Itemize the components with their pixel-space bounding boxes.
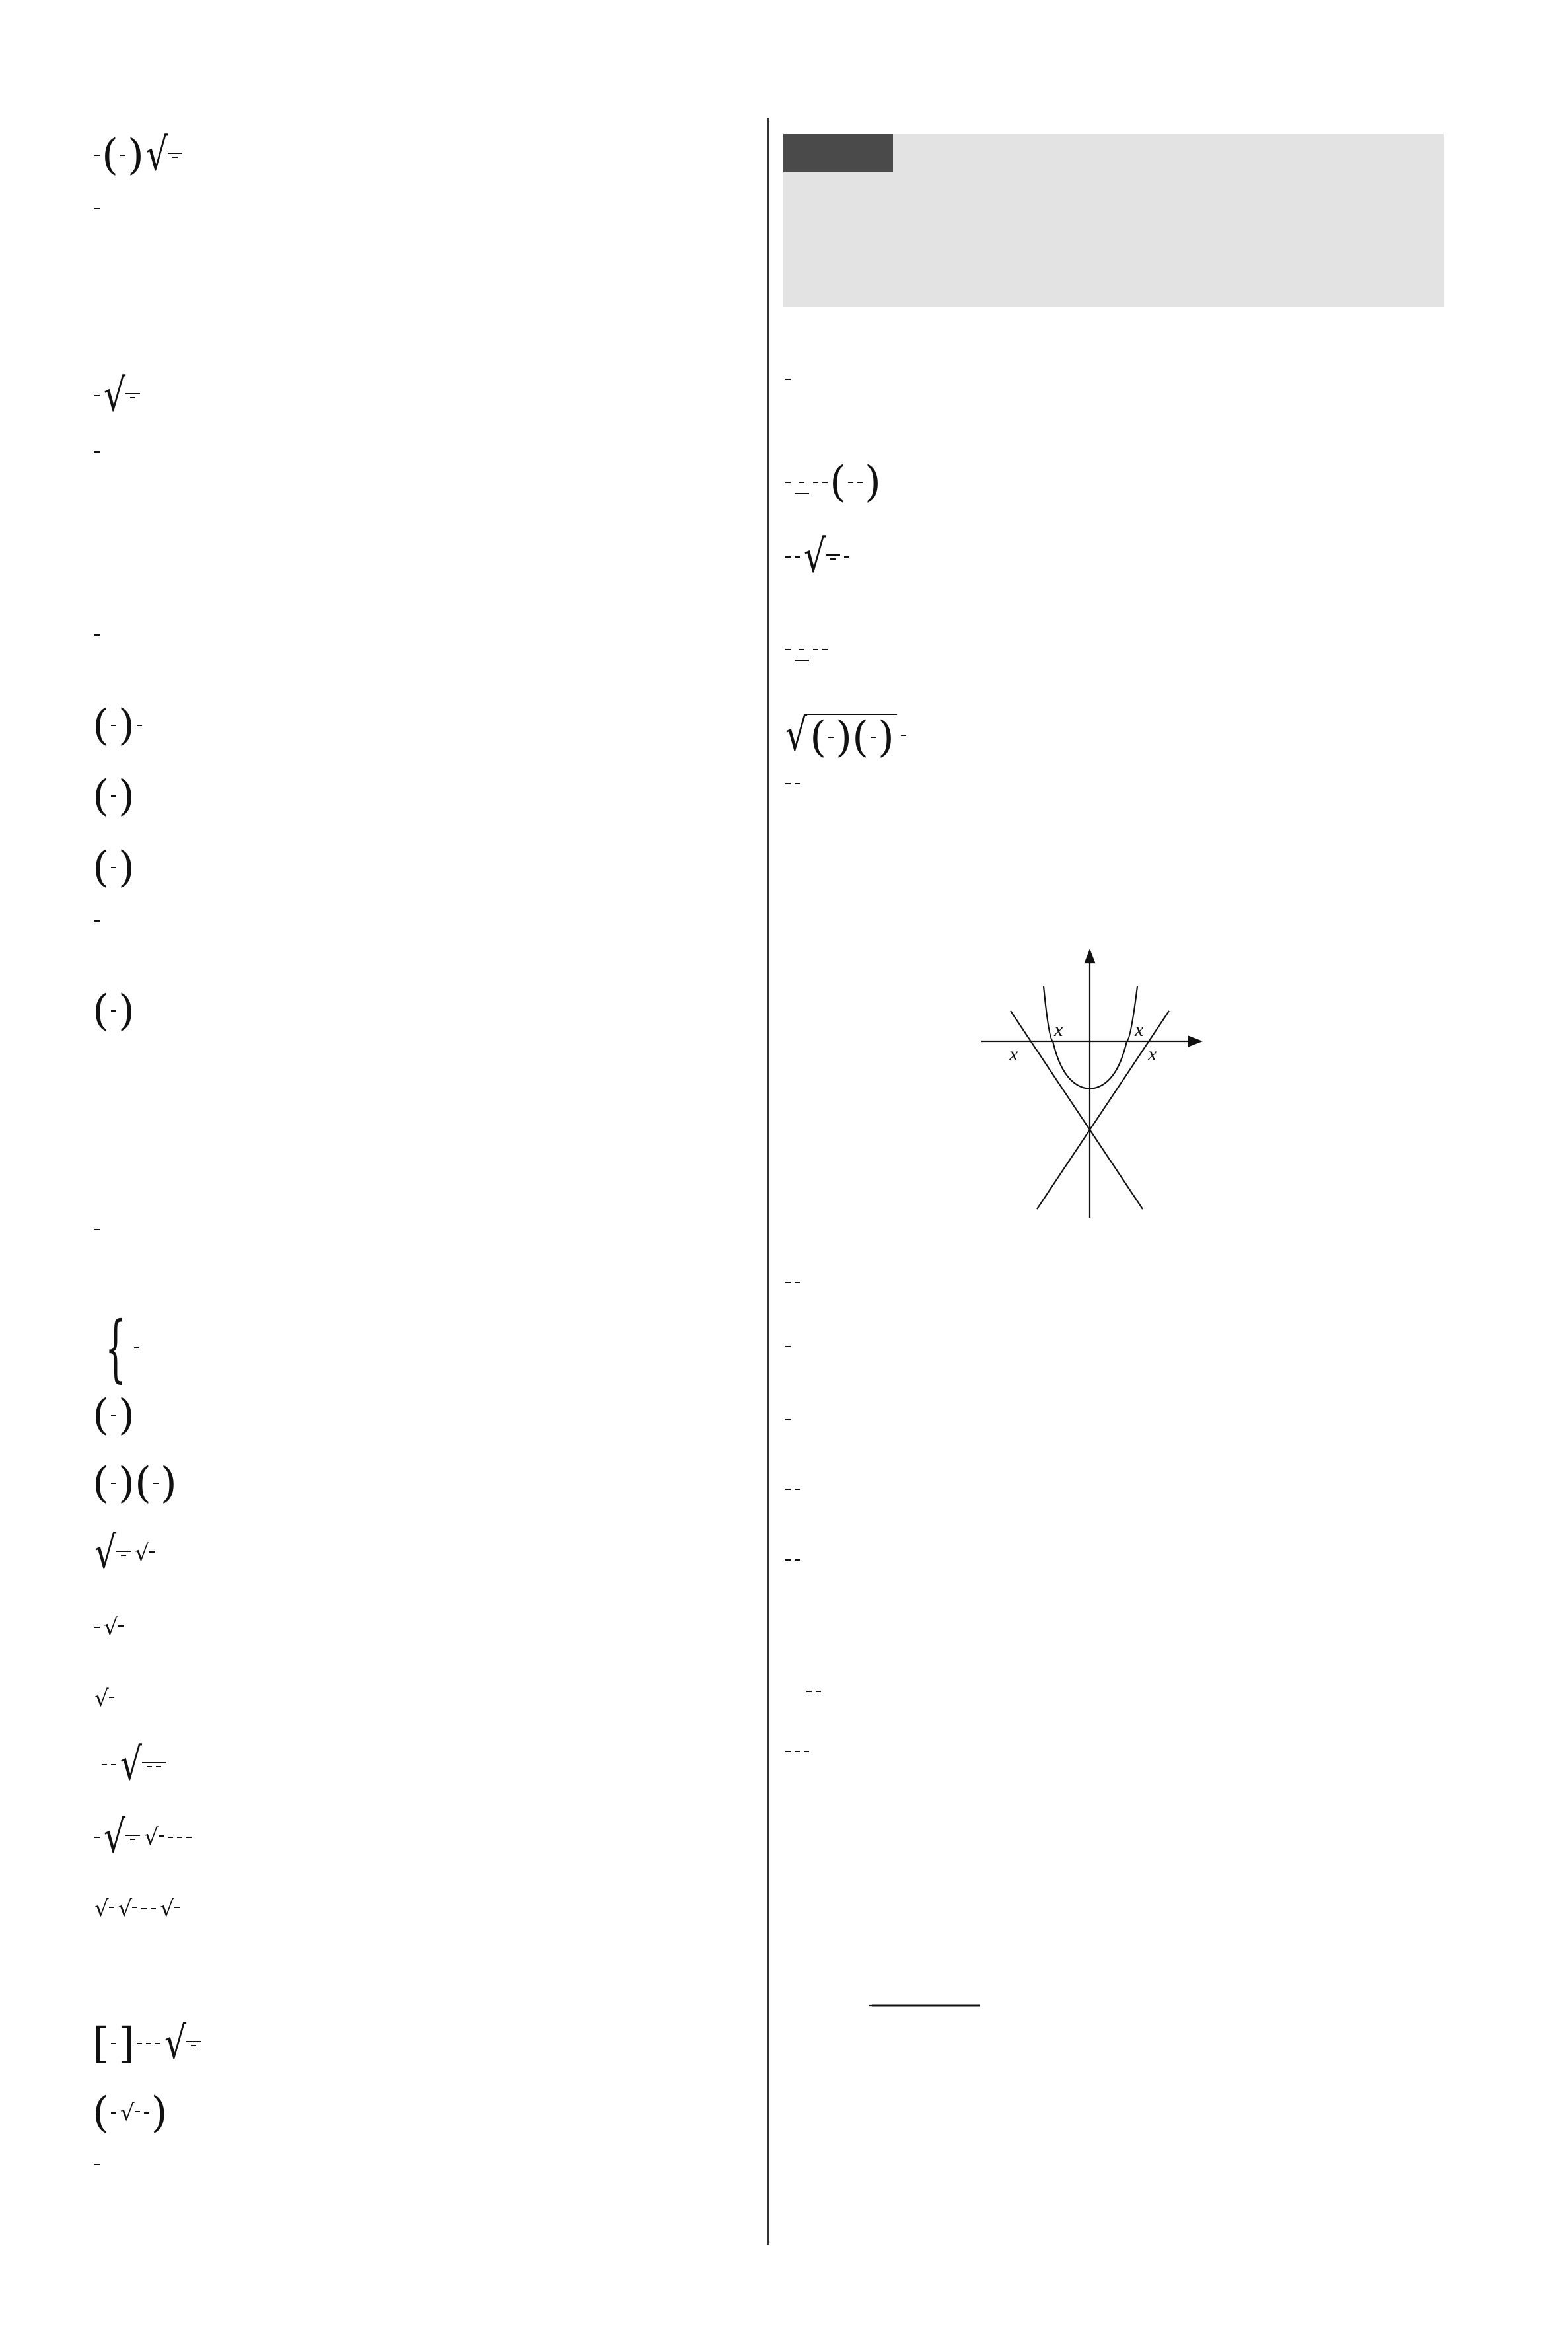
q7-line-5: ( ) ( ) [92,1463,177,1503]
q9-line-14 [783,1559,802,1561]
q7-line-4: ( ) [92,1395,135,1435]
q8-line-3: √ √ √ [92,1892,182,1926]
q7-line-3: { [92,1311,149,1384]
q4-line-2 [92,208,102,209]
q6-line-1 [92,512,114,538]
q9-line-16 [783,1678,823,1705]
q7-line-7: √ [92,1610,125,1644]
reflection-box [783,134,1444,307]
q6-line-5: ( ) [92,776,135,816]
q9-line-19 [783,1863,798,1890]
q7-line-2 [92,1229,102,1230]
x-axis-arrow-icon [1189,1037,1201,1046]
q9-line-4: √ [783,540,851,574]
q9-line-13 [783,1489,802,1490]
q8-line-2: √ √ [92,1820,194,1855]
graph-figure-1: x x x x [925,947,1295,1271]
q7-line-6: √ √ [92,1536,157,1570]
column-divider [767,118,769,2245]
y-axis-arrow-icon [1085,951,1094,963]
q5-line-3 [92,451,102,453]
q9-line-9 [783,890,798,916]
q6-line-4: ( ) [92,706,144,745]
q6-line-8: ( ) [92,991,135,1031]
q9-line-6: √ () () [783,714,908,757]
graph-figure-2 [869,1926,1173,2203]
q8-line-7 [92,2164,102,2165]
q9-line-17 [783,1751,811,1752]
q9-line-2 [783,379,793,380]
q9-line-1 [783,326,812,352]
q9-line-10 [783,1282,802,1283]
document-page: ( ) √ √ [0,0,1568,2325]
q5-line-1 [92,313,114,339]
q6-line-7 [92,920,102,922]
q9-line-7 [783,783,802,784]
svg-text:x: x [1147,1043,1157,1065]
q9-line-11 [783,1346,793,1347]
q6-line-3 [92,634,102,636]
reflection-tag [783,134,893,172]
sqrt-expression: √ [146,138,182,172]
q9-line-12 [783,1419,793,1420]
q8-line-5: [] √ [92,2024,203,2063]
q7-line-1 [92,1162,100,1188]
q9-line-5 [783,638,830,661]
q8-line-6: ( √ ) [92,2093,168,2133]
svg-text:x: x [1134,1019,1144,1041]
inequality-system [132,1347,141,1348]
q6-line-6: ( ) [92,848,135,887]
q9-line-3: ( ) [783,462,881,502]
svg-text:x: x [1053,1019,1063,1041]
q8-line-1: √ [92,1748,168,1782]
q4-line-1: ( ) √ [92,135,184,175]
q7-line-8: √ [92,1681,116,1716]
q5-line-2: √ [92,379,142,413]
svg-text:x: x [1009,1043,1018,1065]
